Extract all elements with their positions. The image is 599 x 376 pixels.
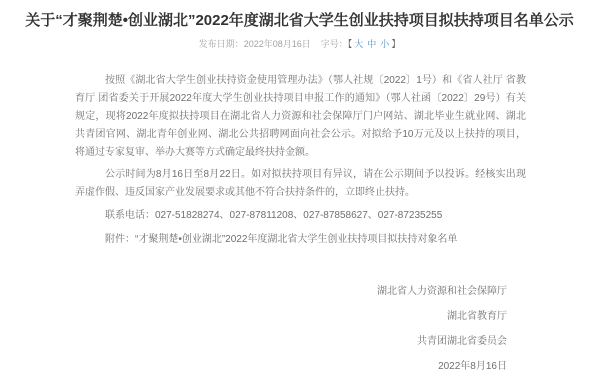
signature-org-education: 湖北省教育厅	[0, 304, 507, 329]
font-size-large-button[interactable]: 大	[354, 39, 363, 49]
signature-date: 2022年8月16日	[0, 354, 507, 376]
notice-body: 按照《湖北省大学生创业扶持资金使用管理办法》（鄂人社规〔2022〕1号）和《省人…	[75, 72, 526, 249]
contact-phones: 联系电话：027-51828274、027-87811208、027-87858…	[75, 207, 526, 225]
font-size-small-button[interactable]: 小	[380, 39, 389, 49]
bracket-open: 【	[348, 39, 353, 49]
bracket-close: 】	[391, 39, 400, 49]
paragraph-publicity-period: 公示时间为8月16日至8月22日。如对拟扶持项目有异议，请在公示期间予以投诉。经…	[75, 166, 526, 202]
publish-date-label: 发布日期：	[199, 39, 244, 49]
page-title: 关于“才聚荆楚•创业湖北”2022年度湖北省大学生创业扶持项目拟扶持项目名单公示	[0, 0, 599, 31]
attachment-link[interactable]: 附件：“才聚荆楚•创业湖北”2022年度湖北省大学生创业扶持项目拟扶持对象名单	[75, 231, 526, 249]
publish-date: 2022年08月16日	[244, 39, 311, 49]
font-size-medium-button[interactable]: 中	[367, 39, 376, 49]
signature-org-youth-league: 共青团湖北省委员会	[0, 329, 507, 354]
font-size-label: 字号：	[321, 39, 348, 49]
signature-block: 湖北省人力资源和社会保障厅 湖北省教育厅 共青团湖北省委员会 2022年8月16…	[0, 279, 599, 376]
meta-bar: 发布日期：2022年08月16日字号：【大中小】	[0, 38, 599, 50]
notice-page: 关于“才聚荆楚•创业湖北”2022年度湖北省大学生创业扶持项目拟扶持项目名单公示…	[0, 0, 599, 376]
signature-org-hrss: 湖北省人力资源和社会保障厅	[0, 279, 507, 304]
paragraph-regulations: 按照《湖北省大学生创业扶持资金使用管理办法》（鄂人社规〔2022〕1号）和《省人…	[75, 72, 526, 162]
